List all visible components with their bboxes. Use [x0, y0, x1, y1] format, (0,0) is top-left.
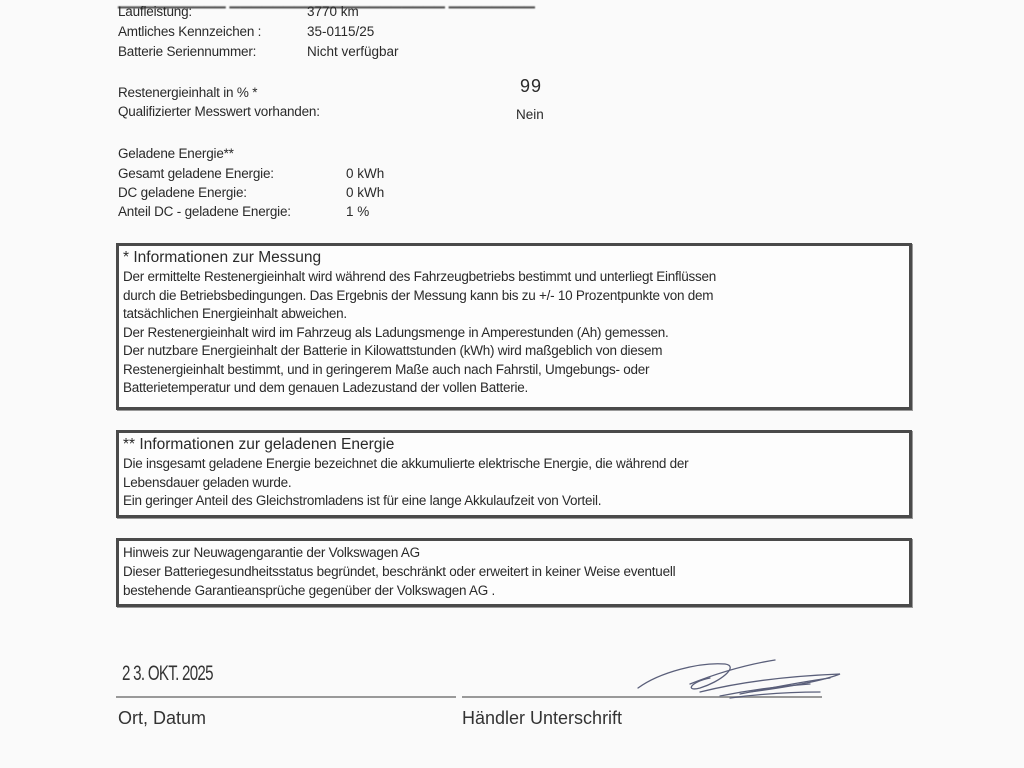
mileage-label: Laufleistung: — [118, 4, 192, 19]
dc-charged-label: DC geladene Energie: — [118, 185, 247, 200]
total-charged-value: 0 kWh — [346, 166, 384, 181]
date-stamp: 2 3. OKT. 2025 — [122, 662, 213, 686]
warranty-notice-box: Hinweis zur Neuwagengarantie der Volkswa… — [116, 538, 912, 607]
qualified-measurement-value: Nein — [516, 107, 544, 122]
battery-health-certificate: ▁▁▁▁▁▁▁▁▁▁ ▁▁▁▁▁▁▁▁▁▁▁▁▁▁▁▁▁▁▁▁ ▁▁▁▁▁▁▁▁… — [0, 0, 1024, 768]
warranty-notice-line: bestehende Garantieansprüche gegenüber d… — [123, 581, 905, 600]
dc-share-label: Anteil DC - geladene Energie: — [118, 204, 291, 219]
place-date-line — [116, 696, 456, 698]
residual-energy-value: 99 — [520, 76, 542, 97]
license-plate-value: 35-0115/25 — [307, 24, 374, 39]
charged-energy-info-line: Ein geringer Anteil des Gleichstromladen… — [123, 492, 905, 511]
warranty-notice-heading: Hinweis zur Neuwagengarantie der Volkswa… — [123, 543, 905, 562]
battery-serial-value: Nicht verfügbar — [307, 44, 399, 59]
measurement-info-line: Batterietemperatur und dem genauen Ladez… — [123, 379, 905, 398]
measurement-info-line: Der Restenergieinhalt wird im Fahrzeug a… — [123, 324, 905, 343]
measurement-info-line: Der nutzbare Energieinhalt der Batterie … — [123, 342, 905, 361]
charged-energy-info-line: Die insgesamt geladene Energie bezeichne… — [123, 455, 905, 474]
handwritten-signature-icon — [630, 652, 845, 704]
total-charged-label: Gesamt geladene Energie: — [118, 166, 274, 181]
battery-serial-label: Batterie Seriennummer: — [118, 44, 256, 59]
charged-energy-info-line: Lebensdauer geladen wurde. — [123, 474, 905, 493]
dc-charged-value: 0 kWh — [346, 185, 384, 200]
charged-energy-info-heading: ** Informationen zur geladenen Energie — [123, 435, 905, 455]
dc-share-value: 1 % — [346, 204, 369, 219]
qualified-measurement-label: Qualifizierter Messwert vorhanden: — [118, 104, 320, 119]
warranty-notice-line: Dieser Batteriegesundheitsstatus begründ… — [123, 562, 905, 581]
measurement-info-line: durch die Betriebsbedingungen. Das Ergeb… — [123, 287, 905, 306]
residual-energy-label: Restenergieinhalt in % * — [118, 85, 257, 100]
measurement-info-box: * Informationen zur Messung Der ermittel… — [116, 243, 912, 410]
charged-energy-heading: Geladene Energie** — [118, 146, 234, 161]
measurement-info-heading: * Informationen zur Messung — [123, 248, 905, 268]
dealer-signature-caption: Händler Unterschrift — [462, 708, 622, 729]
license-plate-label: Amtliches Kennzeichen : — [118, 24, 261, 39]
measurement-info-line: Restenergieinhalt bestimmt, und in gerin… — [123, 361, 905, 380]
measurement-info-line: Der ermittelte Restenergieinhalt wird wä… — [123, 268, 905, 287]
place-date-caption: Ort, Datum — [118, 708, 206, 729]
measurement-info-line: tatsächlichen Energieinhalt abweichen. — [123, 305, 905, 324]
mileage-value: 3770 km — [307, 4, 359, 19]
charged-energy-info-box: ** Informationen zur geladenen Energie D… — [116, 430, 912, 518]
